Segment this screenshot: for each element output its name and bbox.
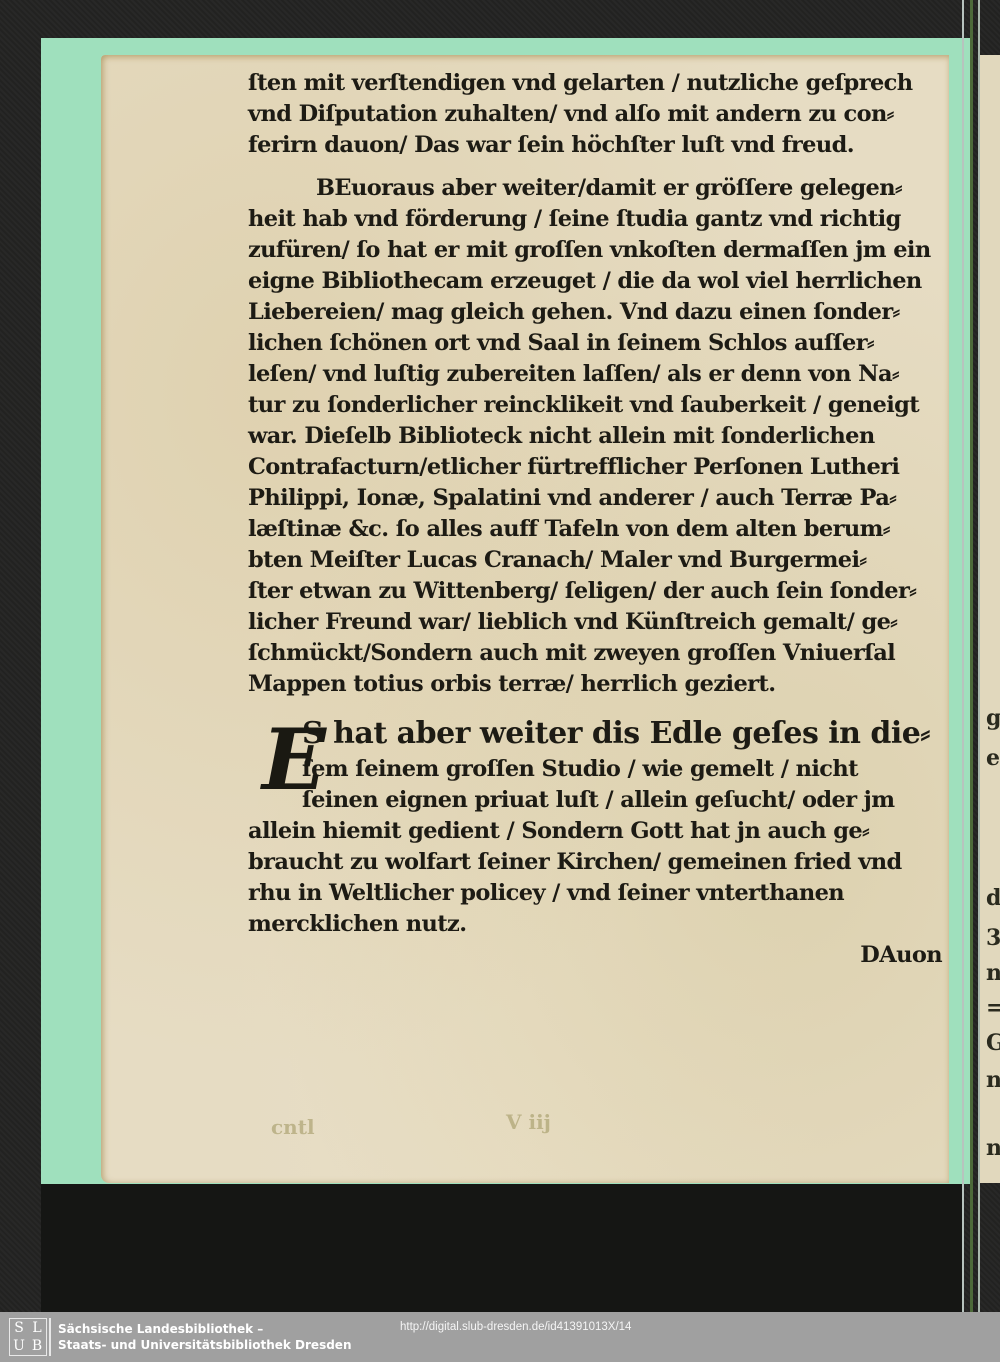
text-line: rhu in Weltlicher policey / vnd ſeiner v…	[248, 878, 948, 909]
text-line: Liebereien/ mag gleich gehen. Vnd dazu e…	[248, 297, 948, 328]
adjacent-page-fragment: g	[986, 705, 1000, 731]
adjacent-page-fragment: 3	[986, 925, 1000, 951]
text-line: ferirn dauon/ Das war ſein höchſter luſt…	[248, 130, 948, 161]
text-line: ſem ſeinem groſſen Studio / wie gemelt /…	[248, 754, 948, 785]
text-line: Mappen totius orbis terræ/ herrlich gezi…	[248, 669, 948, 700]
text-line: BEuoraus aber weiter/damit er gröſſere g…	[248, 173, 948, 204]
text-line: læſtinæ &c. ſo alles auff Tafeln von dem…	[248, 514, 948, 545]
library-name-line-1: Sächsische Landesbibliothek –	[58, 1321, 351, 1337]
bleed-through-text: cntl	[271, 1115, 315, 1139]
text-line: ſchmückt/Sondern auch mit zweyen groſſen…	[248, 638, 948, 669]
bottom-dark-edge	[41, 1184, 962, 1312]
adjacent-page-fragment: n	[986, 1135, 1000, 1161]
glass-edge	[962, 0, 964, 1312]
page-text: ſten mit verſtendigen vnd gelarten / nut…	[248, 68, 948, 971]
logo-letter: L	[28, 1319, 46, 1337]
glass-edge	[970, 0, 973, 1312]
logo-letter: S	[10, 1319, 28, 1337]
logo-letter: U	[10, 1337, 28, 1355]
adjacent-page-fragment: e	[986, 745, 1000, 771]
text-line: vnd Diſputation zuhalten/ vnd alſo mit a…	[248, 99, 948, 130]
library-name: Sächsische Landesbibliothek – Staats- un…	[58, 1321, 351, 1353]
text-line: lichen ſchönen ort vnd Saal in ſeinem Sc…	[248, 328, 948, 359]
text-line: leſen/ vnd luſtig zubereiten laſſen/ als…	[248, 359, 948, 390]
adjacent-page-fragment: n	[986, 960, 1000, 986]
footer-bar: S L U B Sächsische Landesbibliothek – St…	[0, 1312, 1000, 1362]
paragraph-2: BEuoraus aber weiter/damit er gröſſere g…	[248, 173, 948, 700]
slub-logo: S L U B	[9, 1318, 47, 1356]
text-line: heit hab vnd förderung / ſeine ſtudia ga…	[248, 204, 948, 235]
text-line: licher Freund war/ lieblich vnd Künſtrei…	[248, 607, 948, 638]
text-line: Philippi, Ionæ, Spalatini vnd anderer / …	[248, 483, 948, 514]
text-line: mercklichen nutz.	[248, 909, 948, 940]
text-line: ſten mit verſtendigen vnd gelarten / nut…	[248, 68, 948, 99]
adjacent-page-fragment: =	[986, 995, 1000, 1021]
library-name-line-2: Staats- und Universitätsbibliothek Dresd…	[58, 1337, 351, 1353]
bleed-through-signature: V iij	[506, 1110, 551, 1134]
text-line: war. Dieſelb Biblioteck nicht allein mit…	[248, 421, 948, 452]
text-line: ſeinen eignen priuat luſt / allein geſuc…	[248, 785, 948, 816]
text-line: ſter etwan zu Wittenberg/ ſeligen/ der a…	[248, 576, 948, 607]
adjacent-page-fragment: G	[986, 1030, 1000, 1056]
drop-cap-initial: E	[262, 718, 325, 802]
text-line: bten Meiſter Lucas Cranach/ Maler vnd Bu…	[248, 545, 948, 576]
adjacent-page-strip: g e d 3 n = G n n	[980, 55, 1000, 1183]
text-line: Contrafacturn/etlicher fürtrefflicher Pe…	[248, 452, 948, 483]
text-line: S hat aber weiter dis Edle geſes in die⸗	[248, 714, 948, 754]
paragraph-3: E S hat aber weiter dis Edle geſes in di…	[248, 714, 948, 940]
text-line: eigne Bibliothecam erzeuget / die da wol…	[248, 266, 948, 297]
paragraph-1: ſten mit verſtendigen vnd gelarten / nut…	[248, 68, 948, 161]
permalink-url[interactable]: http://digital.slub-dresden.de/id4139101…	[400, 1321, 631, 1333]
catchword: DAuon	[248, 940, 948, 971]
logo-letter: B	[28, 1337, 46, 1355]
text-line: tur zu ſonderlicher reincklikeit vnd ſau…	[248, 390, 948, 421]
text-line: allein hiemit gedient / Sondern Gott hat…	[248, 816, 948, 847]
text-line: braucht zu wolfart ſeiner Kirchen/ gemei…	[248, 847, 948, 878]
adjacent-page-fragment: n	[986, 1067, 1000, 1093]
text-line: zufüren/ ſo hat er mit groſſen vnkoſten …	[248, 235, 948, 266]
adjacent-page-fragment: d	[986, 885, 1000, 911]
logo-divider	[49, 1318, 51, 1356]
